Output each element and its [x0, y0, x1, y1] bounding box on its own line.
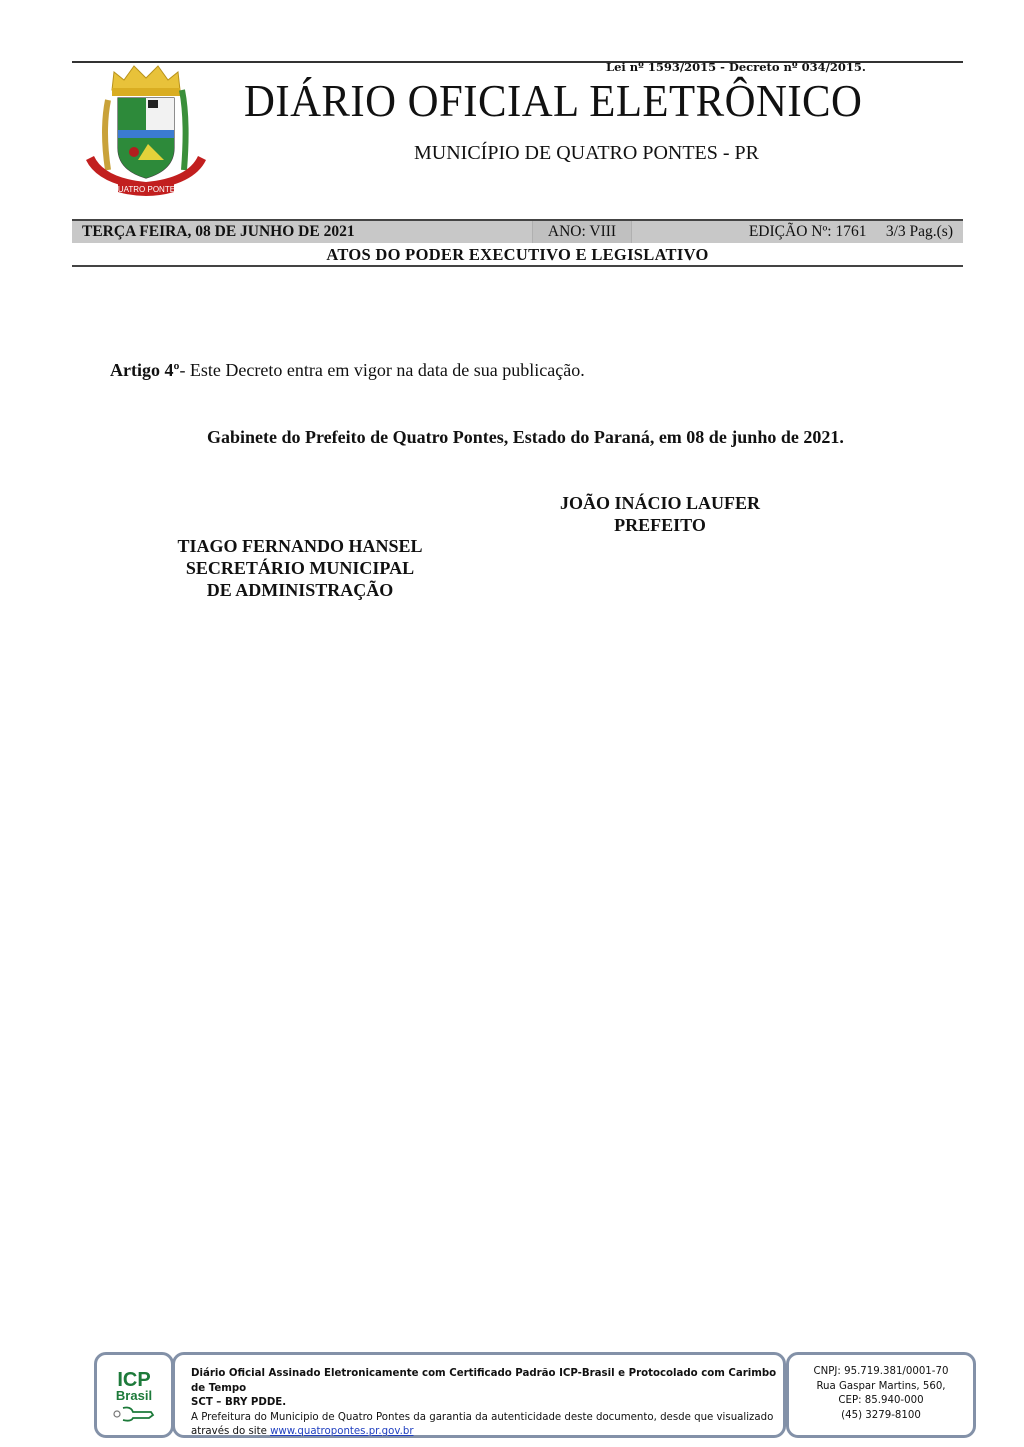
law-reference: Lei nº 1593/2015 - Decreto nº 034/2015.: [606, 60, 866, 74]
auth-prefix: através do site: [191, 1426, 270, 1437]
cnpj: CNPJ: 95.719.381/0001-70: [789, 1365, 973, 1380]
logo-text-brasil: Brasil: [109, 1389, 159, 1402]
signature-prefeito: JOÃO INÁCIO LAUFER PREFEITO: [540, 492, 780, 536]
signatory-name: JOÃO INÁCIO LAUFER: [540, 492, 780, 514]
phone: (45) 3279-8100: [789, 1409, 973, 1424]
signatory-role: SECRETÁRIO MUNICIPAL: [160, 557, 440, 579]
certification-notice: Diário Oficial Assinado Eletronicamente …: [172, 1352, 786, 1438]
publication-date: TERÇA FEIRA, 08 DE JUNHO DE 2021: [82, 221, 355, 243]
header-bottom-rule: [72, 265, 963, 267]
contact-info: CNPJ: 95.719.381/0001-70 Rua Gaspar Mart…: [786, 1352, 976, 1438]
edition-pages: EDIÇÃO Nº: 1761 3/3 Pag.(s): [749, 221, 953, 243]
page-title: DIÁRIO OFICIAL ELETRÔNICO: [244, 74, 862, 127]
edition-number: EDIÇÃO Nº: 1761: [749, 223, 867, 240]
address: Rua Gaspar Martins, 560,: [789, 1380, 973, 1395]
svg-text:QUATRO PONTES: QUATRO PONTES: [112, 185, 181, 194]
icp-brasil-logo: ICP Brasil: [94, 1352, 174, 1438]
article-paragraph: Artigo 4º- Este Decreto entra em vigor n…: [110, 360, 585, 381]
cep: CEP: 85.940-000: [789, 1394, 973, 1409]
signatory-name: TIAGO FERNANDO HANSEL: [160, 535, 440, 557]
edition-info-bar: TERÇA FEIRA, 08 DE JUNHO DE 2021 ANO: VI…: [72, 219, 963, 243]
closing-statement: Gabinete do Prefeito de Quatro Pontes, E…: [207, 427, 844, 448]
municipality-name: MUNICÍPIO DE QUATRO PONTES - PR: [414, 142, 759, 165]
page-count: 3/3 Pag.(s): [886, 223, 953, 240]
coat-of-arms-icon: QUATRO PONTES: [78, 60, 214, 200]
website-link[interactable]: www.quatropontes.pr.gov.br: [270, 1426, 413, 1437]
article-label: Artigo 4º: [110, 360, 179, 380]
signatory-role: PREFEITO: [540, 514, 780, 536]
signature-secretario: TIAGO FERNANDO HANSEL SECRETÁRIO MUNICIP…: [160, 535, 440, 601]
logo-text-icp: ICP: [109, 1371, 159, 1389]
signatory-role-cont: DE ADMINISTRAÇÃO: [160, 579, 440, 601]
cert-line-2: SCT – BRY PDDE.: [191, 1396, 783, 1411]
section-title: ATOS DO PODER EXECUTIVO E LEGISLATIVO: [72, 245, 963, 265]
year-label: ANO: VIII: [532, 221, 632, 243]
auth-line-2: através do site www.quatropontes.pr.gov.…: [191, 1425, 783, 1440]
article-text: - Este Decreto entra em vigor na data de…: [179, 360, 584, 380]
key-icon: [111, 1404, 157, 1422]
auth-line-1: A Prefeitura do Municipio de Quatro Pont…: [191, 1411, 783, 1426]
cert-line-1: Diário Oficial Assinado Eletronicamente …: [191, 1367, 783, 1396]
